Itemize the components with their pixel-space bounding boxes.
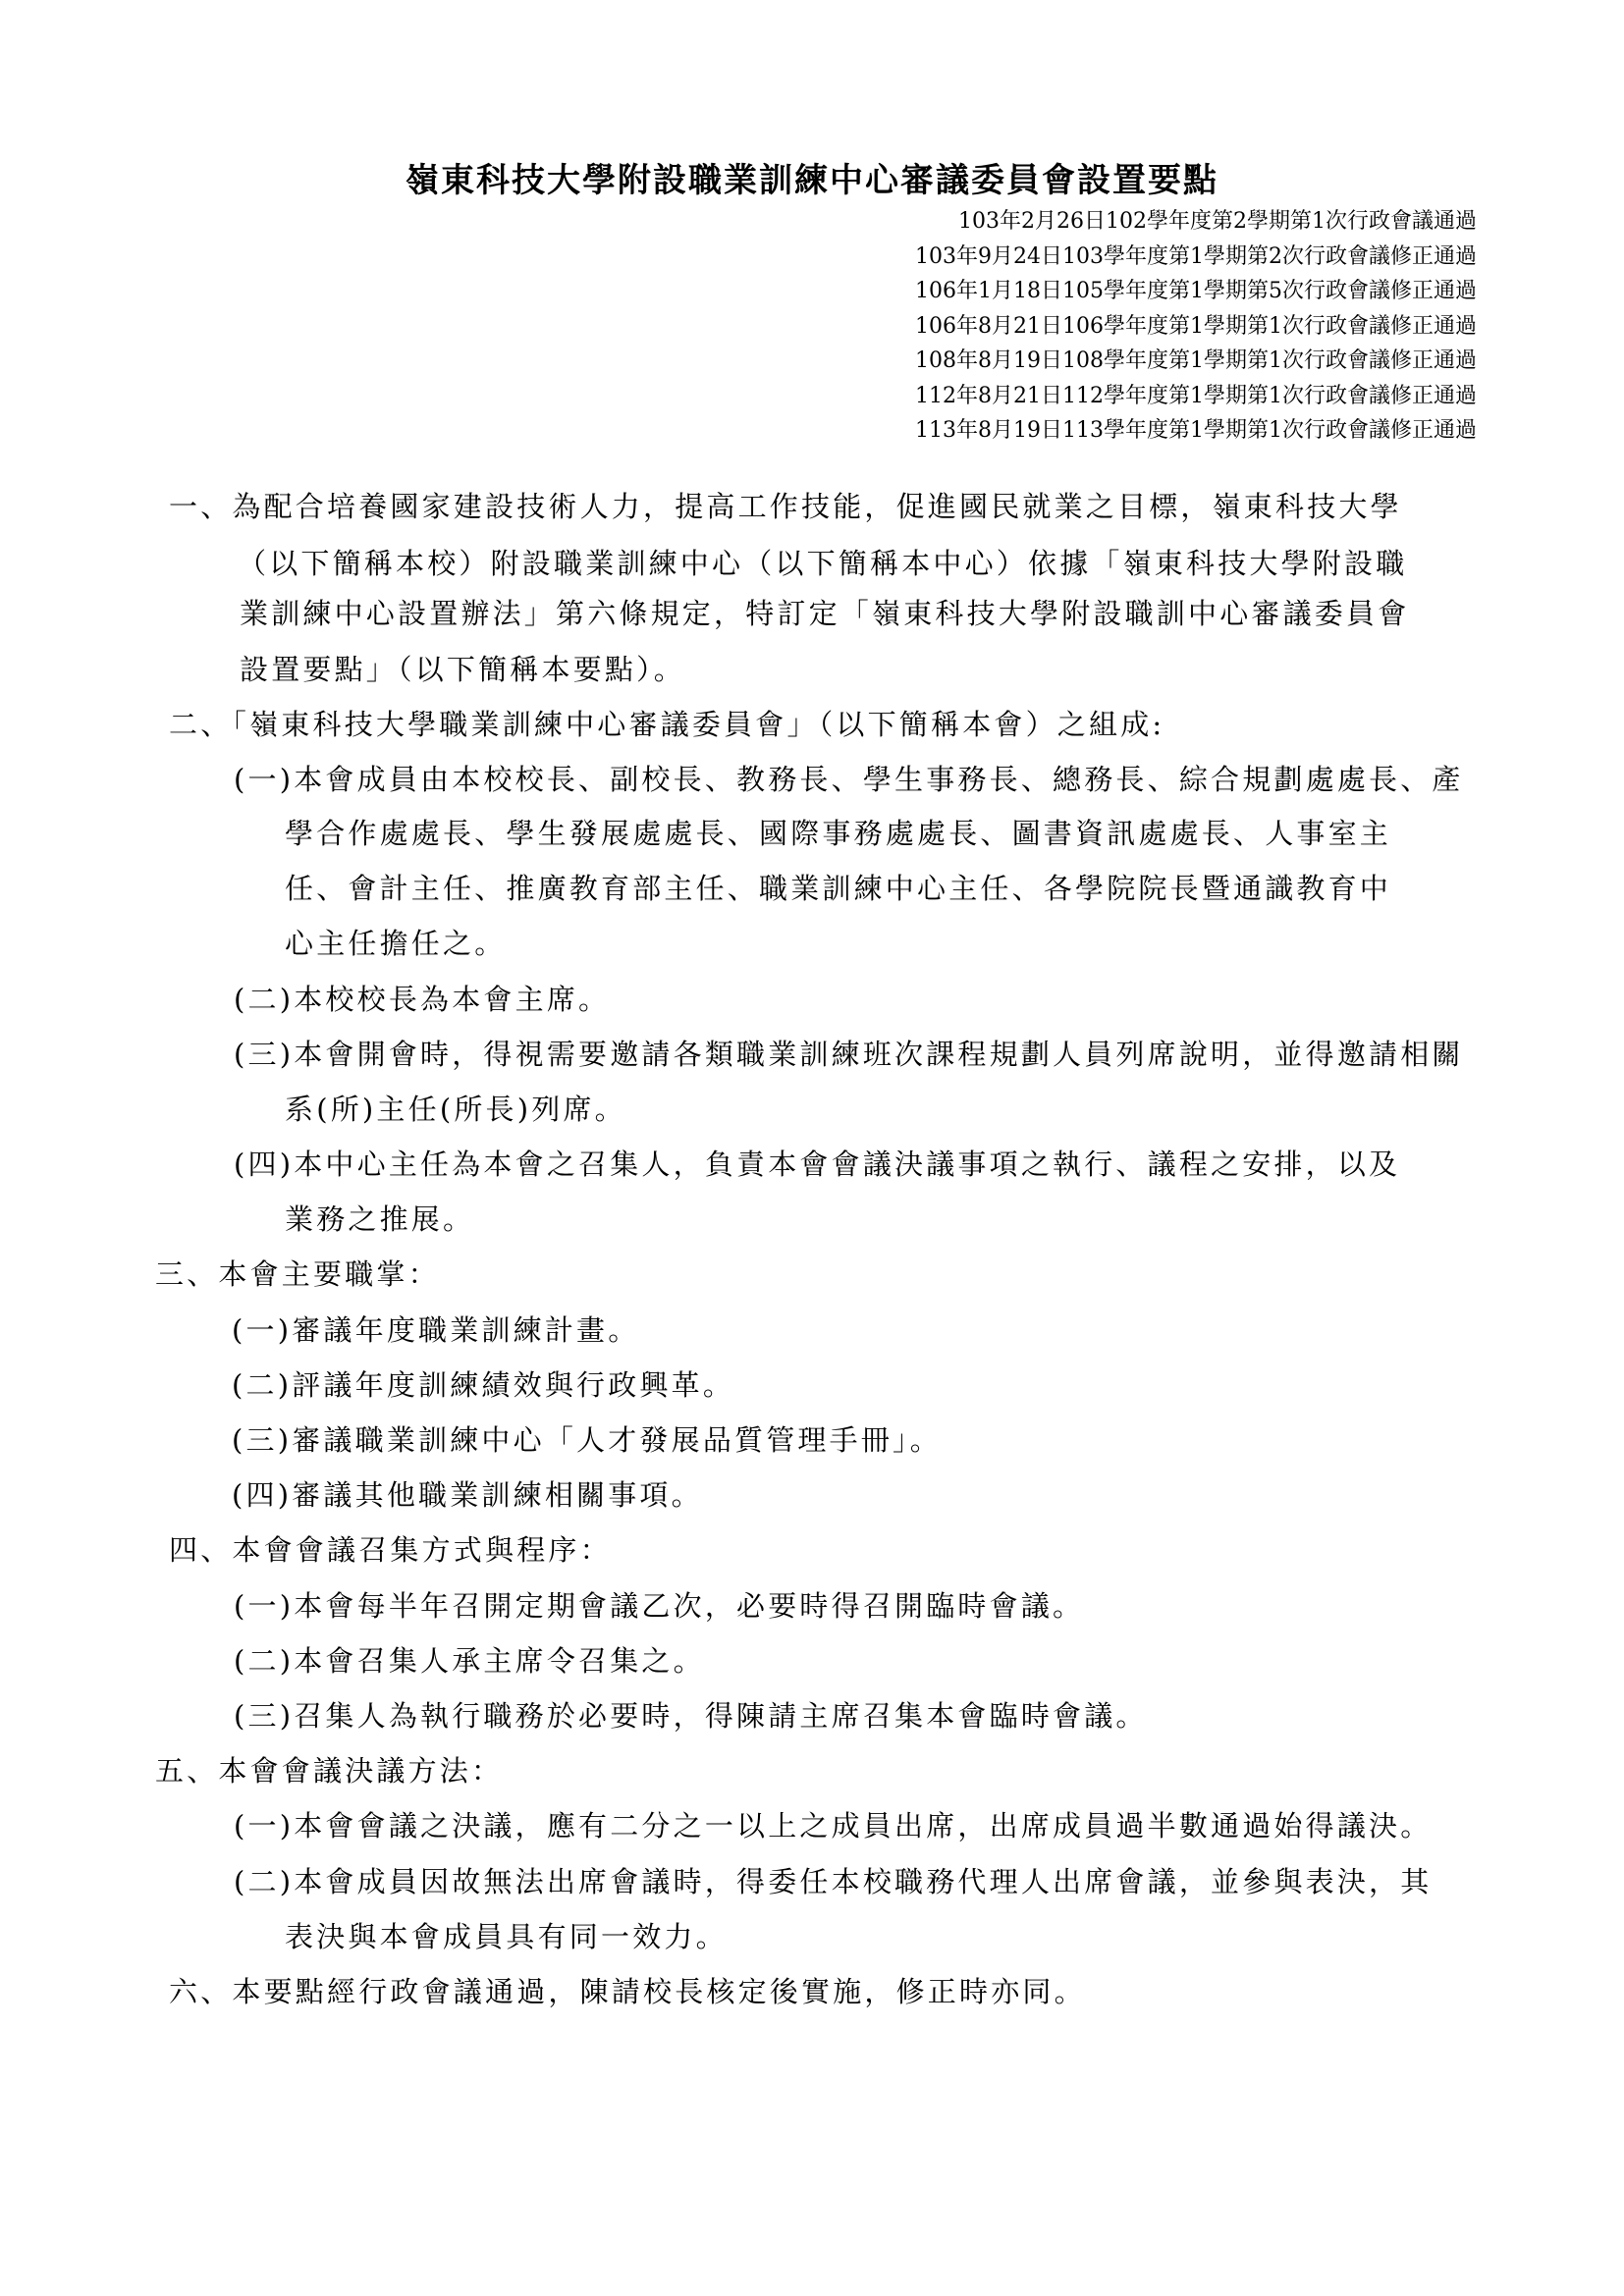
section-3-item: (三)審議職業訓練中心「人才發展品質管理手冊」。 [232,1418,942,1459]
document-title: 嶺東科技大學附設職業訓練中心審議委員會設置要點 [0,153,1624,201]
revision-entry: 103年9月24日103學年度第1學期第2次行政會議修正通過 [915,240,1477,275]
revision-entry: 108年8月19日108學年度第1學期第1次行政會議修正通過 [915,344,1477,379]
document-page: 嶺東科技大學附設職業訓練中心審議委員會設置要點 103年2月26日102學年度第… [0,0,1624,2296]
section-2-item: (三)本會開會時，得視需要邀請各類職業訓練班次課程規劃人員列席說明，並得邀請相關 [234,1033,1464,1073]
section-3-heading: 三、本會主要職掌： [155,1253,440,1293]
section-2-item: 心主任擔任之。 [285,922,506,962]
section-1-line: 業訓練中心設置辦法」第六條規定，特訂定「嶺東科技大學附設職訓中心審議委員會 [240,592,1409,632]
revision-entry: 113年8月19日113學年度第1學期第1次行政會議修正通過 [915,413,1477,449]
section-3-item: (二)評議年度訓練績效與行政興革。 [232,1363,734,1404]
section-5-item: 表決與本會成員具有同一效力。 [285,1915,728,1955]
revision-entry: 106年1月18日105學年度第1學期第5次行政會議修正通過 [915,274,1477,309]
section-2-item: 學合作處處長、學生發展處處長、國際事務處處長、圖書資訊處處長、人事室主 [285,812,1391,852]
section-2-item: (一)本會成員由本校校長、副校長、教務長、學生事務長、總務長、綜合規劃處處長、產 [234,758,1464,798]
section-5-item: (二)本會成員因故無法出席會議時，得委任本校職務代理人出席會議，並參與表決，其 [234,1860,1432,1900]
section-2-item: 任、會計主任、推廣教育部主任、職業訓練中心主任、各學院院長暨通識教育中 [285,867,1391,907]
section-4-item: (一)本會每半年召開定期會議乙次，必要時得召開臨時會議。 [234,1584,1084,1625]
section-5-heading: 五、本會會議決議方法： [155,1749,503,1789]
section-1-line: 一、為配合培養國家建設技術人力，提高工作技能，促進國民就業之目標，嶺東科技大學 [169,485,1402,525]
section-1-line: 設置要點」（以下簡稱本要點）。 [240,648,685,688]
section-2-item: 業務之推展。 [285,1198,474,1238]
section-2-item: 系(所)主任(所長)列席。 [285,1088,626,1128]
section-3-item: (一)審議年度職業訓練計畫。 [232,1308,639,1349]
section-6-heading: 六、本要點經行政會議通過，陳請校長核定後實施，修正時亦同。 [169,1970,1086,2010]
section-4-item: (二)本會召集人承主席令召集之。 [234,1639,705,1680]
revision-entry: 103年2月26日102學年度第2學期第1次行政會議通過 [915,204,1477,240]
section-2-item: (四)本中心主任為本會之召集人，負責本會會議決議事項之執行、議程之安排，以及 [234,1143,1400,1183]
section-4-heading: 四、本會會議召集方式與程序： [169,1528,612,1569]
revision-history: 103年2月26日102學年度第2學期第1次行政會議通過 103年9月24日10… [915,204,1477,449]
section-4-item: (三)召集人為執行職務於必要時，得陳請主席召集本會臨時會議。 [234,1694,1148,1735]
revision-entry: 112年8月21日112學年度第1學期第1次行政會議修正通過 [915,379,1477,414]
section-3-item: (四)審議其他職業訓練相關事項。 [232,1473,703,1514]
section-2-heading: 二、「嶺東科技大學職業訓練中心審議委員會」（以下簡稱本會）之組成: [169,703,1164,743]
section-5-item: (一)本會會議之決議，應有二分之一以上之成員出席，出席成員過半數通過始得議決。 [234,1804,1432,1844]
section-1-line: （以下簡稱本校）附設職業訓練中心（以下簡稱本中心）依據「嶺東科技大學附設職 [238,542,1407,582]
section-2-item: (二)本校校長為本會主席。 [234,978,610,1018]
revision-entry: 106年8月21日106學年度第1學期第1次行政會議修正通過 [915,309,1477,345]
